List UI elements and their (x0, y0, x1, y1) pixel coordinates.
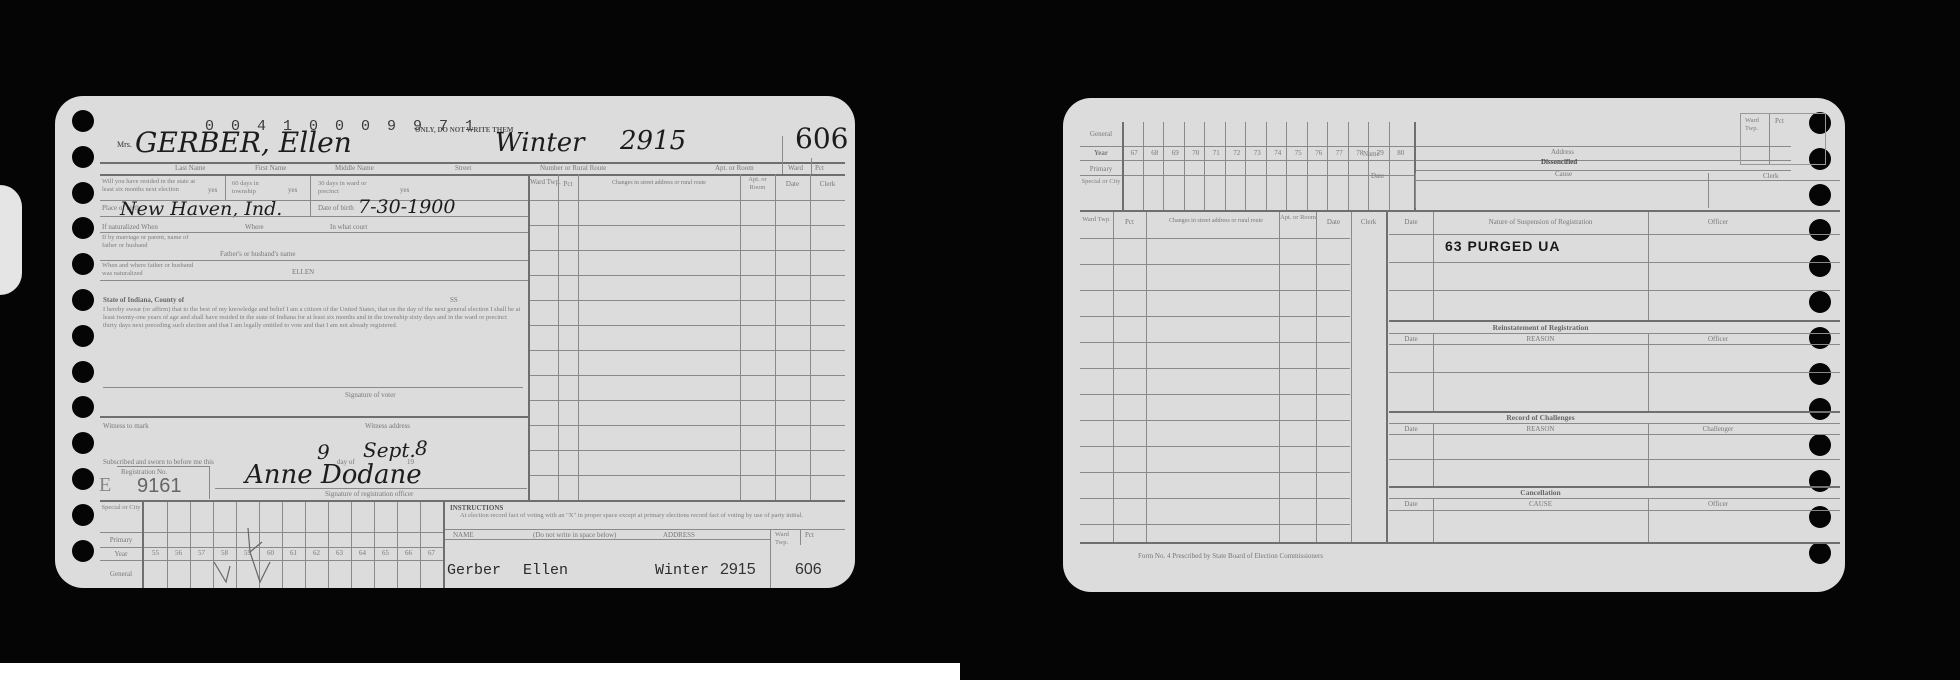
punch-hole (72, 432, 94, 454)
row-label-general: General (1080, 130, 1122, 138)
label-fathers-name: Father's or husband's name (220, 250, 295, 258)
label-address: Address (1551, 148, 1574, 156)
label-subscribed: Subscribed and sworn to before me this (103, 458, 214, 466)
year-cell: 62 (305, 549, 328, 557)
cancellation-title: Cancellation (1433, 488, 1648, 497)
label-dissoncified: Dissoncified (1541, 158, 1577, 166)
adjacent-card-edge (0, 185, 22, 295)
divider (558, 174, 559, 500)
status-records: Date Nature of Suspension of Registratio… (1389, 212, 1840, 542)
ward-box: Ward Twp. Pct (1740, 113, 1826, 165)
marriage-value: ELLEN (292, 268, 314, 276)
header-suspension-date: Date (1389, 218, 1433, 226)
year-cell: 80 (1391, 149, 1412, 157)
header-suspension-officer: Officer (1648, 218, 1788, 226)
punch-hole (72, 361, 94, 383)
header-changes: Changes in street address or rural route (1146, 218, 1286, 224)
registration-number: 9161 (137, 475, 182, 498)
year-cell: 72 (1227, 149, 1248, 157)
label-middle-name: Middle Name (335, 164, 374, 172)
header-apt: Apt. or Room (740, 176, 775, 192)
header-reinstatement-date: Date (1389, 335, 1433, 343)
label-signature-voter: Signature of voter (345, 391, 396, 399)
changes-table: Ward Twp. Pct Changes in street address … (530, 174, 845, 500)
stub-address-label: ADDRESS (663, 531, 695, 539)
label-number: Number or Rural Route (540, 164, 606, 172)
year-cell: 67 (1124, 149, 1145, 157)
instructions-text: At election record fact of voting with a… (460, 512, 850, 520)
punch-hole (1809, 184, 1831, 206)
row-label-year: Year (100, 550, 142, 558)
row-label-special: Special or City (1080, 178, 1122, 186)
label-pct: Pct (815, 164, 824, 172)
year-cell: 63 (328, 549, 351, 557)
punch-hole (72, 325, 94, 347)
punch-hole (72, 540, 94, 562)
divider (100, 260, 528, 261)
punch-hole (72, 468, 94, 490)
header-date: Date (775, 180, 810, 188)
registration-card-front: 0 0 4 1 0 0 0 9 9 7 1 ONLY, DO NOT WRITE… (55, 96, 855, 588)
header-cancellation-cause: CAUSE (1433, 500, 1648, 508)
header-clerk: Clerk (1351, 218, 1386, 226)
year-cell: 56 (167, 549, 190, 557)
question-precinct: 30 days in ward or precinct (318, 180, 388, 196)
label-cause: Cause (1555, 170, 1572, 178)
registration-number-box: Registration No. 9161 (117, 466, 210, 499)
divider (740, 174, 741, 500)
number-handwritten: 2915 (620, 126, 686, 156)
year-cell: 74 (1268, 149, 1289, 157)
label-pct: Pct (1775, 117, 1784, 125)
year-row: 55 56 57 58 59 60 61 62 63 64 65 66 67 (144, 549, 444, 557)
row-label-year: Year (1080, 149, 1122, 157)
year-cell: 75 (1288, 149, 1309, 157)
header-ward-twp: Ward Twp. (530, 178, 558, 186)
row-label-special: Special or City (100, 504, 142, 512)
label-witness-address: Witness address (365, 422, 410, 430)
punch-hole (72, 110, 94, 132)
label-ward: Ward Twp. (1745, 117, 1765, 133)
row-label-primary: Primary (100, 536, 142, 544)
label-street: Street (455, 164, 471, 172)
label-naturalized: If naturalized When (102, 223, 158, 231)
answer-township: yes (288, 186, 297, 194)
label-naturalized-court: In what court (330, 223, 367, 231)
year-cell: 67 (420, 549, 443, 557)
divider (782, 136, 783, 174)
stub-first-name: Ellen (523, 562, 568, 579)
header-date: Date (1316, 218, 1351, 226)
header-clerk: Clerk (810, 180, 845, 188)
header-challenger: Challenger (1648, 425, 1788, 433)
year-cell: 68 (1145, 149, 1166, 157)
birthdate-value: 7-30-1900 (358, 196, 455, 218)
punch-hole (72, 396, 94, 418)
stub-do-not-write: (Do not write in space below) (533, 531, 616, 539)
divider (578, 174, 579, 500)
header-challenge-reason: REASON (1433, 425, 1648, 433)
label-naturalized-where: Where (245, 223, 264, 231)
registration-card-back: General Year Primary Special or City 67 … (1063, 98, 1845, 592)
stub-last-name: Gerber (447, 562, 501, 579)
year-cell: 71 (1206, 149, 1227, 157)
header-pct: Pct (1113, 218, 1146, 226)
punch-hole (72, 289, 94, 311)
divider (810, 174, 811, 500)
header-ward-twp: Ward Twp. (1080, 216, 1113, 224)
label-birthdate: Date of birth (318, 204, 354, 212)
header-changes: Changes in street address or rural route (578, 180, 740, 186)
label-last-name: Last Name (175, 164, 206, 172)
stub-pct-label: Pct (805, 531, 814, 539)
header-cancellation-officer: Officer (1648, 500, 1788, 508)
stub-name-label: NAME (453, 531, 474, 539)
signature-line (103, 387, 523, 388)
challenges-title: Record of Challenges (1433, 413, 1648, 422)
year-cell: 66 (397, 549, 420, 557)
stub-ward: 606 (795, 561, 822, 579)
answer-precinct: yes (400, 186, 409, 194)
punch-holes-left (72, 110, 94, 562)
header-suspension-nature: Nature of Suspension of Registration (1433, 218, 1648, 226)
year-cell: 64 (351, 549, 374, 557)
row-label-general: General (100, 570, 142, 578)
divider (775, 174, 776, 500)
form-footer: Form No. 4 Prescribed by State Board of … (1138, 552, 1323, 560)
header-apt: Apt. or Room (1280, 214, 1316, 222)
header-challenge-date: Date (1389, 425, 1433, 433)
year-cell: 61 (282, 549, 305, 557)
reinstatement-title: Reinstatement of Registration (1433, 323, 1648, 332)
punch-hole (72, 146, 94, 168)
purged-stamp: 63 PURGED UA (1445, 238, 1560, 254)
label-clerk: Clerk (1763, 172, 1779, 180)
oath-ss: SS (450, 296, 458, 304)
divider (100, 232, 528, 233)
label-name: Name (1363, 150, 1380, 158)
signature-line (215, 488, 527, 489)
punch-hole (1809, 542, 1831, 564)
vote-mark-icon (200, 522, 280, 588)
registrar-signature: Anne Dodane (245, 460, 422, 490)
side-letter: E (99, 474, 111, 497)
punch-hole (72, 182, 94, 204)
title-prefix: Mrs. (117, 140, 132, 149)
label-marriage: When and where father or husband was nat… (102, 262, 202, 278)
stub-street: Winter (655, 562, 709, 579)
ward-handwritten: 606 (795, 122, 848, 155)
divider (100, 280, 528, 281)
label-first-name: First Name (255, 164, 286, 172)
stub-ward-label: Ward Twp. (775, 531, 797, 547)
label-registrar-signature: Signature of registration officer (325, 490, 413, 498)
voter-info-block: Will you have resided in the state at le… (100, 176, 528, 296)
scan-border-strip (0, 663, 960, 680)
label-ward: Ward (788, 164, 803, 172)
row-label-primary: Primary (1080, 165, 1122, 173)
answer-residence: yes (208, 186, 217, 194)
punch-hole (72, 217, 94, 239)
divider (811, 158, 812, 174)
label-date: Date (1371, 172, 1384, 180)
punch-hole (72, 253, 94, 275)
year-cell: 65 (374, 549, 397, 557)
year-cell: 69 (1165, 149, 1186, 157)
oath-heading: State of Indiana, County of (103, 296, 184, 304)
header-pct: Pct (558, 180, 578, 188)
header-reinstatement-officer: Officer (1648, 335, 1788, 343)
instructions-heading: INSTRUCTIONS (450, 504, 503, 512)
divider (100, 216, 528, 217)
label-apt: Apt. or Room (715, 164, 754, 172)
divider (225, 176, 226, 200)
subscribed-year: 8 (415, 436, 428, 460)
name-handwritten: GERBER, Ellen (135, 126, 352, 159)
header-reinstatement-reason: REASON (1433, 335, 1648, 343)
punch-hole (72, 504, 94, 526)
changes-table-back: Ward Twp. Pct Changes in street address … (1080, 212, 1350, 542)
divider (100, 416, 528, 418)
vote-grid: Special or City Primary Year General 55 … (100, 502, 445, 588)
oath-text: I hereby swear (or affirm) that to the b… (103, 306, 521, 330)
divider (310, 176, 311, 216)
vote-grid-back: General Year Primary Special or City 67 … (1080, 122, 1416, 210)
label-alien: If by marriage or parent, name of father… (102, 234, 202, 250)
year-cell: 55 (144, 549, 167, 557)
label-witness: Witness to mark (103, 422, 149, 430)
street-handwritten: Winter (495, 128, 585, 158)
question-residence: Will you have resided in the state at le… (102, 178, 197, 194)
header-cancellation-date: Date (1389, 500, 1433, 508)
question-township: 60 days in township (232, 180, 282, 196)
year-cell: 73 (1247, 149, 1268, 157)
stub-number: 2915 (720, 561, 756, 579)
year-cell: 76 (1309, 149, 1330, 157)
year-cell: 70 (1186, 149, 1207, 157)
year-cell: 77 (1329, 149, 1350, 157)
